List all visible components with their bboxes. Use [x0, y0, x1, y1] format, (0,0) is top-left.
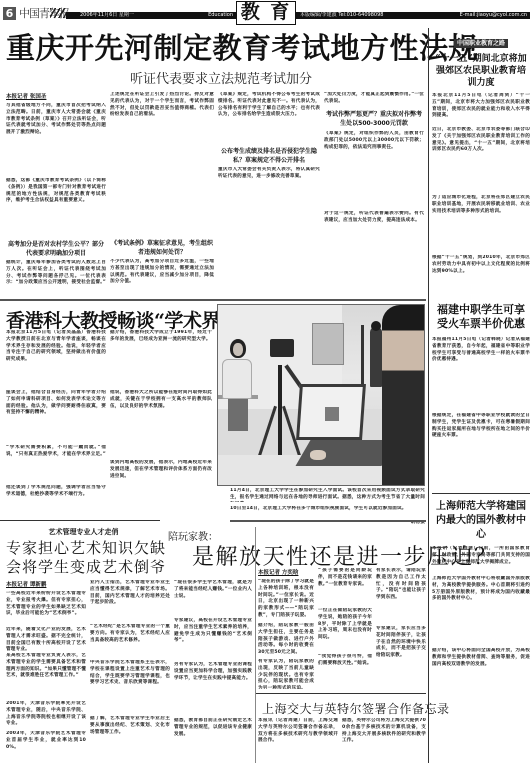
art-paragraph: 2003年，天津音乐学院艺术管理专业首届学生毕业，就业率达到100%。	[6, 731, 86, 761]
sidebar-paragraph: 根据“十一五”规划，到2010年，北京市郊区农村劳动力中具有初中以上文化程度的比…	[432, 255, 530, 289]
art-paragraph: 另有专家认为，艺术管理专业的课程设置应当更加科学合理，加强实践教学环节，让学生在…	[174, 662, 252, 718]
hkust-paragraph: “学术研究需要积累，不可能一蹴而就。”他说，“只有真正热爱学术，才能在学术界立足…	[6, 445, 106, 485]
divider	[256, 693, 426, 694]
lead-headline: 重庆开先河制定教育考试地方性法规	[6, 31, 426, 65]
decorative-slashes	[50, 8, 66, 18]
sidebar-paragraph: 本报福州11月5日电（记者韩晓）记者从福建省教育厅获悉，自今年起，福建省中等职业…	[432, 337, 530, 413]
sidebar-paragraph: 近日，北京市教委、北京市农委等部门联合印发了《关于加强郊区农民职业教育培训工作的…	[432, 127, 530, 195]
masthead-bar-left: 2006年11月6日 星期一 Education	[66, 12, 236, 19]
lead-paragraph: “加大处罚力度，才能真正起到震慑作用。”一位代表说。	[324, 92, 424, 108]
art-paragraph: 近年来，随着文化产业的发展，艺术管理人才需求旺盛。据不完全统计，目前全国已有数十…	[6, 627, 86, 653]
photo-camera	[270, 339, 294, 357]
art-col-2: 业内人士指出，艺术管理专业毕业生应当懂得艺术规律，了解艺术市场。目前，国内艺术管…	[90, 580, 170, 760]
toys-paragraph: 专家建议，家长应当多花时间陪伴孩子，让孩子在自然的环境中快乐成长，而不是把孩子交…	[376, 626, 426, 684]
lead-paragraph: 重庆市人大常委会有关负责人表示，将认真研究听证代表的意见，进一步修改完善草案。	[218, 167, 320, 302]
sidebar-divider	[428, 28, 429, 763]
caption-line: 11月4日，北京理工大学学生在参加研究生入学面试。该校首次采用视频面试方式录取研…	[230, 488, 425, 502]
section-title: 教 育	[236, 1, 296, 25]
art-paragraph: 某高校艺术管理专业负责人表示，艺术管理专业的学生需要具备艺术和管理两方面的知识。…	[6, 653, 86, 701]
sidebar-headline: “十一五”期间北京将加强郊区农民职业教育培训力度	[432, 53, 530, 89]
toys-col-1: 本报记者 方奕晗 “现在的孩子除了学习就是上各种培训班，根本没有时间玩。”一位家…	[258, 568, 314, 689]
sjtu-paragraph: 本报讯（记者周建）日前，上海交通大学与英特尔公司签署合作备忘录，双方将在多核技术…	[258, 718, 338, 762]
art-paragraph: “现在很多学生学艺术管理，就是为了将来能当经纪人赚钱。”一位业内人士说。	[174, 580, 252, 618]
lead-crosshead: 考试作弊严惩更严？重庆拟对作弊考生处以500-3000元罚款	[324, 111, 424, 128]
lead-col-3: 《草案》规定，考试机构不得公布考生的考试成绩排名。听证代表对此意见不一。有代表认…	[218, 92, 320, 302]
sjtu-paragraph: 据悉，英特尔公司将为上海交大提供700余台基于多核技术的计算机设备，支持上海交大…	[342, 718, 426, 762]
divider	[0, 299, 426, 301]
hkust-paragraph: 本报北京11月5日电（记者吴晶晶）香港科技大学教授日前在北京与青年学者座谈，畅谈…	[6, 330, 106, 390]
masthead-bar-right: 本版编辑/李建波 Tel:010-64098098 E-mail:jiaoyu@…	[296, 12, 530, 19]
sjtu-headline: 上海交大与英特尔签署合作备忘录	[262, 700, 450, 717]
art-paragraph: 业内人士指出，艺术管理专业毕业生应当懂得艺术规律，了解艺术市场。目前，国内艺术管…	[90, 580, 170, 624]
art-headline-2: 会将学生变成艺术倒爷	[6, 558, 161, 577]
sidebar-tag: 中国职业教育之路	[454, 39, 508, 48]
toys-paragraph: 一位正在做陪玩家教的大学生说，她陪的孩子今年8岁，平时除了上学就是上补习班，周末…	[318, 608, 372, 654]
toys-paragraph: 有家长表示，请陪玩家教是因为自己工作太忙，没有时间陪孩子。“陪玩”也能让孩子学到…	[376, 568, 426, 626]
lead-paragraph: 与其他省级地方不同，重庆市首次把考试纳入立法范畴。日前，重庆市人大常委会就《重庆…	[6, 103, 106, 178]
sidebar-headline: 福建中职学生可享受火车票半价优惠	[432, 303, 530, 331]
lead-subheadline: 听证代表要求立法规范考试加分	[130, 68, 330, 87]
divider	[230, 520, 426, 522]
masthead: 6 中国青年报 2006年11月6日 星期一 Education 教 育 本版编…	[0, 0, 530, 26]
lead-paragraph: 不少代表认为，高考加分项目过多过滥，一些地方甚至出现了违规加分的情况，需要通过立…	[110, 259, 214, 303]
art-paragraph: 据了解，艺术管理专业学生毕业后主要从事演出经纪、艺术策划、文化市场管理等工作。	[90, 716, 170, 760]
sidebar-paragraph: 根据规定，在福建省中等职业学校就读的全日制学生，凭学生证及优惠卡，可在寒暑假期间…	[432, 413, 530, 489]
toys-paragraph: “我觉得孩子很可怜，他们需要释放天性。”她说。	[318, 654, 372, 684]
art-paragraph: 专家建议，高校在开设艺术管理专业时，应当注重学生艺术素养的培养，避免学生成为只懂…	[174, 618, 252, 662]
lead-paragraph: 《草案》规定，对组织作弊的人员，由教育行政部门处以5000元以上30000元以下…	[324, 131, 424, 211]
hkust-paragraph: 他还谈到了学术规范问题，强调学者应当恪守学术道德，杜绝抄袭等学术不端行为。	[6, 485, 106, 515]
hkust-paragraph: 据介绍，香港科技大学成立于1991年，经过十多年的发展，已经成为亚洲一流的研究型…	[110, 330, 212, 390]
art-col-1: 本报记者 谭新鹏 一些高校近年来纷纷开设艺术管理专业，专业报考火爆。但有专家担心…	[6, 580, 86, 761]
lead-col-2: 上述规定在听证会上引发了热烈讨论。持反对意见的代表认为，对于一个学生而言，考试作…	[110, 92, 214, 303]
art-headline-1: 专家担心艺术知识欠缺	[6, 539, 161, 558]
art-paragraph: 一些高校近年来纷纷开设艺术管理专业，专业报考火爆。但有专家担心，艺术管理专业的学…	[6, 591, 86, 627]
sidebar-paragraph: 为了适应城市化进程，北京将在郊区建立农民职业培训基地，开展农民转移就业培训、农业…	[432, 195, 530, 255]
lead-crosshead: 《考试条例》草案征求意见，考生组织者违规如何处罚？	[110, 240, 214, 257]
sjtu-col-1: 本报讯（记者周建）日前，上海交通大学与英特尔公司签署合作备忘录，双方将在多核技术…	[258, 718, 338, 762]
art-paragraph: 据悉，教育部目前正在研究制定艺术管理专业的规范，以促进该专业健康发展。	[174, 718, 252, 762]
art-kicker: 艺术管理专业人才走俏	[6, 527, 161, 537]
lead-crosshead: 公布考生成绩及排名是否侵犯学生隐私？草案规定不得公开排名	[218, 148, 320, 165]
toys-headline: 是解放天性还是进一步压迫？	[192, 540, 498, 571]
art-byline: 本报记者 谭新鹏	[6, 580, 86, 588]
lead-paragraph: 据统计，重庆每年参加各类考试的人数达上百万人次。在听证会上，听证代表围绕考试加分…	[6, 260, 106, 288]
toys-col-3: 有家长表示，请陪玩家教是因为自己工作太忙，没有时间陪孩子。“陪玩”也能让孩子学到…	[376, 568, 426, 684]
hkust-col-2: 据介绍，香港科技大学成立于1991年，经过十多年的发展，已经成为亚洲一流的研究型…	[110, 330, 212, 515]
lead-paragraph: 对于这一规定，听证代表普遍表示赞同。有代表建议，应当加大处罚力度，提高违法成本。	[324, 211, 424, 311]
toys-paragraph: 据介绍，陪玩家教一般由大学生担任，主要任务是陪孩子做游戏、进行户外活动等。每小时…	[258, 623, 314, 659]
art-col-3: “现在很多学生学艺术管理，就是为了将来能当经纪人赚钱。”一位业内人士说。 专家建…	[174, 580, 252, 762]
hkust-col-1: 本报北京11月5日电（记者吴晶晶）香港科技大学教授日前在北京与青年学者座谈，畅谈…	[6, 330, 106, 515]
toys-paragraph: “现在的孩子除了学习就是上各种培训班，根本没有时间玩。”一位家长说。近日，北京出…	[258, 579, 314, 623]
lead-paragraph: 《草案》规定，考试机构不得公布考生的考试成绩排名。听证代表对此意见不一。有代表认…	[218, 92, 320, 146]
lead-col-4: “加大处罚力度，才能真正起到震慑作用。”一位代表说。 考试作弊严惩更严？重庆拟对…	[324, 92, 424, 311]
caption-line: 10日至14日，北京理工大学将在多个城市组织视频面试，学生可以就近参加面试。	[230, 506, 425, 520]
issue-date: 2006年11月6日 星期一	[80, 12, 134, 19]
hkust-paragraph: 座谈会上，他结合自身经历，向青年学者介绍了如何申请科研项目、如何发表学术论文等方…	[6, 390, 106, 445]
section-en: Education	[208, 12, 233, 19]
photo-tripod	[278, 365, 282, 455]
art-paragraph: “艺术经纪”是艺术管理专业的一个重要方向。有专家认为，艺术经纪人应当具备较高的艺…	[90, 624, 170, 660]
editor-line: 本版编辑/李建波 Tel:010-64098098	[300, 12, 383, 19]
art-article-head: 艺术管理专业人才走俏 专家担心艺术知识欠缺 会将学生变成艺术倒爷	[6, 527, 161, 577]
art-paragraph: 中央音乐学院艺术管理系主任表示，学校在课程设置上注重艺术与管理的结合，学生既要学…	[90, 660, 170, 716]
lead-col-1: 本报记者 张国圣 与其他省级地方不同，重庆市首次把考试纳入立法范畴。日前，重庆市…	[6, 92, 106, 288]
lead-crosshead: 高考加分是否对农村学生公平？部分代表要求明确加分项目	[6, 241, 106, 258]
divider	[0, 520, 160, 521]
photo-doorway	[312, 323, 344, 365]
lead-paragraph: 上述规定在听证会上引发了热烈讨论。持反对意见的代表认为，对于一个学生而言，考试作…	[110, 92, 214, 240]
toys-col-2: “孩子需要的是同龄玩伴，而不是花钱请来的家教。”一位教育专家说。 一位正在做陪玩…	[318, 568, 372, 684]
sidebar: 中国职业教育之路 “十一五”期间北京将加强郊区农民职业教育培训力度 本报北京11…	[432, 28, 530, 763]
toys-paragraph: 有专家认为，陪玩家教的出现，反映了当前儿童缺少玩伴的现状。也有专家担心，陪玩家教…	[258, 659, 314, 689]
news-photo	[217, 304, 425, 486]
lead-byline: 本报记者 张国圣	[6, 92, 106, 100]
hkust-paragraph: 他说，香港科大之所以能够在短时间内取得如此成就，关键在于学校拥有一支高水平的教师…	[110, 390, 212, 460]
sidebar-paragraph: 本报北京11月5日电（记者周剑）“十一五”期间，北京市将大力加强郊区农民职业教育…	[432, 93, 530, 127]
sjtu-col-2: 据悉，英特尔公司将为上海交大提供700余台基于多核技术的计算机设备，支持上海交大…	[342, 718, 426, 762]
column-divider	[255, 527, 256, 763]
page-number: 6	[3, 7, 16, 20]
hkust-paragraph: 谈到内地高校的发展，他表示，内地高校近年来发展迅速，但在学术管理和评价体系方面仍…	[110, 460, 212, 515]
divider	[432, 493, 530, 494]
lead-paragraph: 据悉，这部《重庆市教育考试条例》（以下简称《条例》）是我国第一部专门针对教育考试…	[6, 178, 106, 238]
sidebar-paragraph: 上海师范大学国外教材中心将收藏国外原版教材，为高校教学提供服务。中心首期将引进约…	[432, 576, 530, 648]
toys-byline: 本报记者 方奕晗	[258, 568, 314, 576]
sidebar-headline: 上海师范大学将建国内最大的国外教材中心	[432, 500, 530, 542]
section-email: E-mail:jiaoyu@cyol.com.cn	[460, 12, 527, 19]
toys-paragraph: “孩子需要的是同龄玩伴，而不是花钱请来的家教。”一位教育专家说。	[318, 568, 372, 608]
art-paragraph: 2001年，天津音乐学院率先开设艺术管理专业，随后，中央音乐学院、上海音乐学院等…	[6, 701, 86, 731]
